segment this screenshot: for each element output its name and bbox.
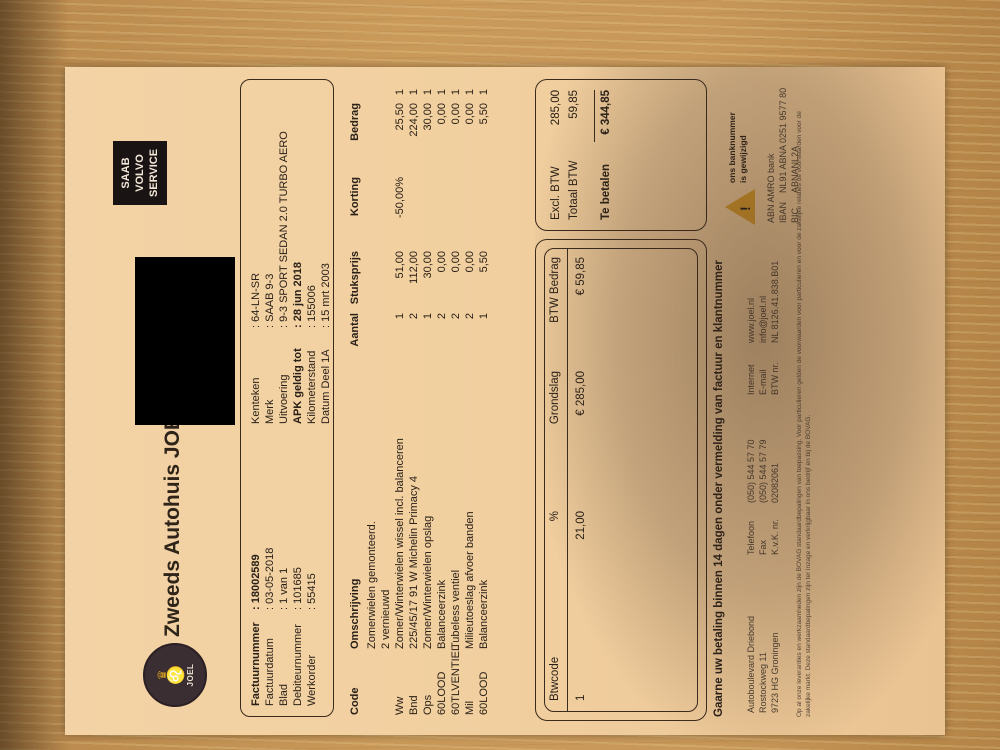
info-label: Debiteurnummer [291,610,305,706]
info-row: Blad: 1 van 1 [277,548,291,706]
vehicle-details: Kenteken: 64-LN-SRMerk: SAAB 9-3Uitvoeri… [249,131,333,424]
info-row: Merk: SAAB 9-3 [263,131,277,424]
info-row: Werkorder: 55415 [305,548,319,706]
line-description: Balanceerzink [435,580,449,649]
line-amount: 0,00 [435,103,449,169]
info-value: : 55415 [305,573,319,610]
info-row: Datum Deel 1A: 15 mrt 2003 [319,131,333,424]
footer-key: Fax [757,503,769,555]
redacted-block [135,257,235,425]
invoice-line: MilMilieutoeslag afvoer banden20,000,001 [463,75,477,715]
line-quantity: 2 [449,313,463,337]
total-excl-vat: Excl. BTW 285,00 [550,90,562,220]
footer-key: K.v.K. nr. [769,503,781,555]
footer-key: E-mail [757,343,769,395]
joel-logo: ♛ ♌ JOEL [143,643,207,707]
lines-header: Code Omschrijving Aantal Stuksprijs Kort… [349,75,363,715]
total-to-pay: Te betalen € 344,85 [600,90,612,220]
footer-row: E-mailinfo@joel.nl [757,261,769,395]
line-unit-price: 51,00 [393,251,407,311]
warning-exclamation-icon: ! [737,206,753,211]
invoice-line: OpsZomer/Winterwielen opslag130,0030,001 [421,75,435,715]
address-line: Autoboulevard Driebond [745,616,757,713]
line-description: Balanceerzink [477,580,491,649]
info-label: Uitvoering [277,328,291,424]
invoice-line: 60LOODBalanceerzink15,505,501 [477,75,491,715]
line-code: Mil [463,701,477,715]
line-unit-price: 112,00 [407,251,421,311]
total-divider [594,90,595,142]
total-excl-value: 285,00 [550,90,562,125]
lion-icon: ♌ [168,665,186,685]
footer-value: (050) 544 57 70 [745,439,757,503]
vat-base: € 285,00 [575,371,587,451]
footer-row: Internetwww.joel.nl [745,261,757,395]
header-discount: Korting [349,177,361,239]
info-label: Datum Deel 1A [319,328,333,424]
total-pay-label: Te betalen [600,164,612,220]
footer-row: K.v.K. nr.02082061 [769,439,781,555]
line-code: 60TLVENTIEL [449,645,463,715]
line-description: Zomer/Winterwielen opslag [421,516,435,649]
invoice-line: 2 vernieuwd [379,75,393,715]
footer-value: info@joel.nl [757,296,769,343]
bank-change-notice: ons banknummer is gewijzigd [727,112,749,183]
footer-address: Autoboulevard Driebond Rostockweg 11 972… [745,616,781,713]
header-quantity: Aantal [349,313,361,353]
info-value: : 9-3 SPORT SEDAN 2.0 TURBO AERO [277,131,291,328]
totals-box: Excl. BTW 285,00 Totaal BTW 59,85 Te bet… [535,79,707,231]
line-vat-code: 1 [393,89,407,99]
footer-key: Internet [745,343,757,395]
address-line: Rostockweg 11 [757,616,769,713]
line-description: 225/45/17 91 W Michelin Primacy 4 [407,476,421,649]
line-unit-price: 30,00 [421,251,435,311]
line-vat-code: 1 [421,89,435,99]
info-label: Kenteken [249,328,263,424]
info-value: : SAAB 9-3 [263,274,277,328]
info-value: : 28 jun 2018 [291,262,305,328]
vat-amount: € 59,85 [575,257,587,341]
info-value: : 101685 [291,567,305,610]
footer-key: BTW nr. [769,343,781,395]
line-code: Ops [421,695,435,715]
info-label: Factuurnummer [249,610,263,706]
badge-line: SAAB [119,141,133,205]
vat-table-row: 1 21,00 € 285,00 € 59,85 [575,249,591,711]
bank-name: ABN AMRO bank [765,88,777,223]
invoice-line: WwZomer/Winterwielen wissel incl. balanc… [393,75,407,715]
line-vat-code: 1 [463,89,477,99]
line-unit-price: 0,00 [449,251,463,311]
header-code: Code [349,688,361,716]
info-row: Factuurdatum: 03-05-2018 [263,548,277,706]
footer-row: BTW nr.NL 8126.41.838.B01 [769,261,781,395]
saab-volvo-service-badge: SAAB VOLVO SERVICE [113,141,167,205]
line-amount: 0,00 [463,103,477,169]
info-label: Factuurdatum [263,610,277,706]
vat-code: 1 [575,695,587,701]
line-code: Ww [393,697,407,715]
logo-text: JOEL [186,664,195,687]
vat-header-code: Btwcode [549,657,561,701]
info-label: Werkorder [305,610,319,706]
line-description: Zomer/Winterwielen wissel incl. balancer… [393,438,407,649]
line-amount: 0,00 [449,103,463,169]
vat-percent: 21,00 [575,511,587,571]
info-value: : 18002589 [249,554,263,610]
invoice-line: 60LOODBalanceerzink20,000,001 [435,75,449,715]
line-vat-code: 1 [449,89,463,99]
line-description: Zomerwielen gemonteerd. [365,521,379,649]
invoice-photo: ♛ ♌ JOEL Zweeds Autohuis JOEL SAAB VOLVO… [65,67,945,735]
line-quantity: 1 [421,313,435,337]
info-value: : 15 mrt 2003 [319,263,333,328]
info-row: Kilometerstand: 155006 [305,131,319,424]
line-unit-price: 5,50 [477,251,491,311]
footer-row: Telefoon(050) 544 57 70 [745,439,757,555]
info-row: Debiteurnummer: 101685 [291,548,305,706]
line-code: 60LOOD [435,672,449,715]
invoice-lines: Zomerwielen gemonteerd.2 vernieuwdWwZome… [365,75,491,715]
notice-line: ons banknummer [727,112,738,183]
line-quantity: 2 [435,313,449,337]
address-line: 9723 HG Groningen [769,616,781,713]
total-vat-value: 59,85 [568,90,580,119]
footer-value: (050) 544 57 79 [757,439,769,503]
line-quantity: 1 [393,313,407,337]
badge-line: VOLVO [133,141,147,205]
vat-header-base: Grondslag [549,371,561,451]
vat-header-amount: BTW Bedrag [549,257,561,341]
footer-row: Fax(050) 544 57 79 [757,439,769,555]
info-row: Uitvoering: 9-3 SPORT SEDAN 2.0 TURBO AE… [277,131,291,424]
vat-table: Btwcode % Grondslag BTW Bedrag 1 21,00 €… [544,248,698,712]
total-vat: Totaal BTW 59,85 [568,90,580,220]
iban-label: IBAN [777,193,789,223]
line-code: 60LOOD [477,672,491,715]
line-quantity: 1 [477,313,491,337]
footer-value: www.joel.nl [745,298,757,343]
badge-line: SERVICE [147,141,161,205]
info-label: Merk [263,328,277,424]
footer-value: NL 8126.41.838.B01 [769,261,781,343]
line-unit-price: 0,00 [435,251,449,311]
header-amount: Bedrag [349,103,361,169]
info-row: Factuurnummer: 18002589 [249,548,263,706]
line-amount: 224,00 [407,103,421,169]
total-excl-label: Excl. BTW [550,166,562,220]
invoice-line: Bnd225/45/17 91 W Michelin Primacy 42112… [407,75,421,715]
line-vat-code: 1 [435,89,449,99]
line-quantity: 2 [407,313,421,337]
line-amount: 30,00 [421,103,435,169]
info-value: : 64-LN-SR [249,273,263,328]
line-vat-code: 1 [407,89,421,99]
invoice-paper: ♛ ♌ JOEL Zweeds Autohuis JOEL SAAB VOLVO… [65,67,945,735]
line-description: 2 vernieuwd [379,590,393,649]
invoice-line: 60TLVENTIELTubeless ventiel20,000,001 [449,75,463,715]
invoice-info-box: Factuurnummer: 18002589Factuurdatum: 03-… [240,79,334,717]
info-value: : 1 van 1 [277,568,291,610]
line-discount: -50,00% [393,177,407,239]
vat-header-percent: % [549,511,561,571]
notice-line: is gewijzigd [738,112,749,183]
line-code: Bnd [407,695,421,715]
header-unit-price: Stuksprijs [349,251,361,311]
line-amount: 5,50 [477,103,491,169]
info-row: APK geldig tot: 28 jun 2018 [291,131,305,424]
payment-note: Gaarne uw betaling binnen 14 dagen onder… [713,260,725,717]
legal-terms: Op al onze leveranties en werkzaamheden … [795,87,813,717]
header-description: Omschrijving [349,579,361,649]
invoice-line: Zomerwielen gemonteerd. [365,75,379,715]
line-amount: 25,50 [393,103,407,169]
info-label: Blad [277,610,291,706]
iban-value: NL91 ABNA 0251 9577 80 [777,88,789,193]
info-label: APK geldig tot [291,328,305,424]
info-value: : 155006 [305,285,319,328]
invoice-details: Factuurnummer: 18002589Factuurdatum: 03-… [249,548,319,706]
info-row: Kenteken: 64-LN-SR [249,131,263,424]
line-unit-price: 0,00 [463,251,477,311]
table-shadow [0,0,70,750]
footer-online: Internetwww.joel.nlE-mailinfo@joel.nlBTW… [745,261,781,395]
vat-table-header: Btwcode % Grondslag BTW Bedrag [545,249,568,711]
info-value: : 03-05-2018 [263,548,277,610]
footer-value: 02082061 [769,463,781,503]
total-pay-value: € 344,85 [600,90,612,135]
line-description: Milieutoeslag afvoer banden [463,511,477,649]
crown-icon: ♛ [156,670,168,681]
info-label: Kilometerstand [305,328,319,424]
footer-contact: Telefoon(050) 544 57 70Fax(050) 544 57 7… [745,439,781,555]
line-quantity: 2 [463,313,477,337]
footer-key: Telefoon [745,503,757,555]
company-name: Zweeds Autohuis JOEL [161,403,185,637]
line-description: Tubeless ventiel [449,570,463,649]
total-vat-label: Totaal BTW [568,161,580,220]
vat-summary-box: Btwcode % Grondslag BTW Bedrag 1 21,00 €… [535,239,707,721]
line-vat-code: 1 [477,89,491,99]
